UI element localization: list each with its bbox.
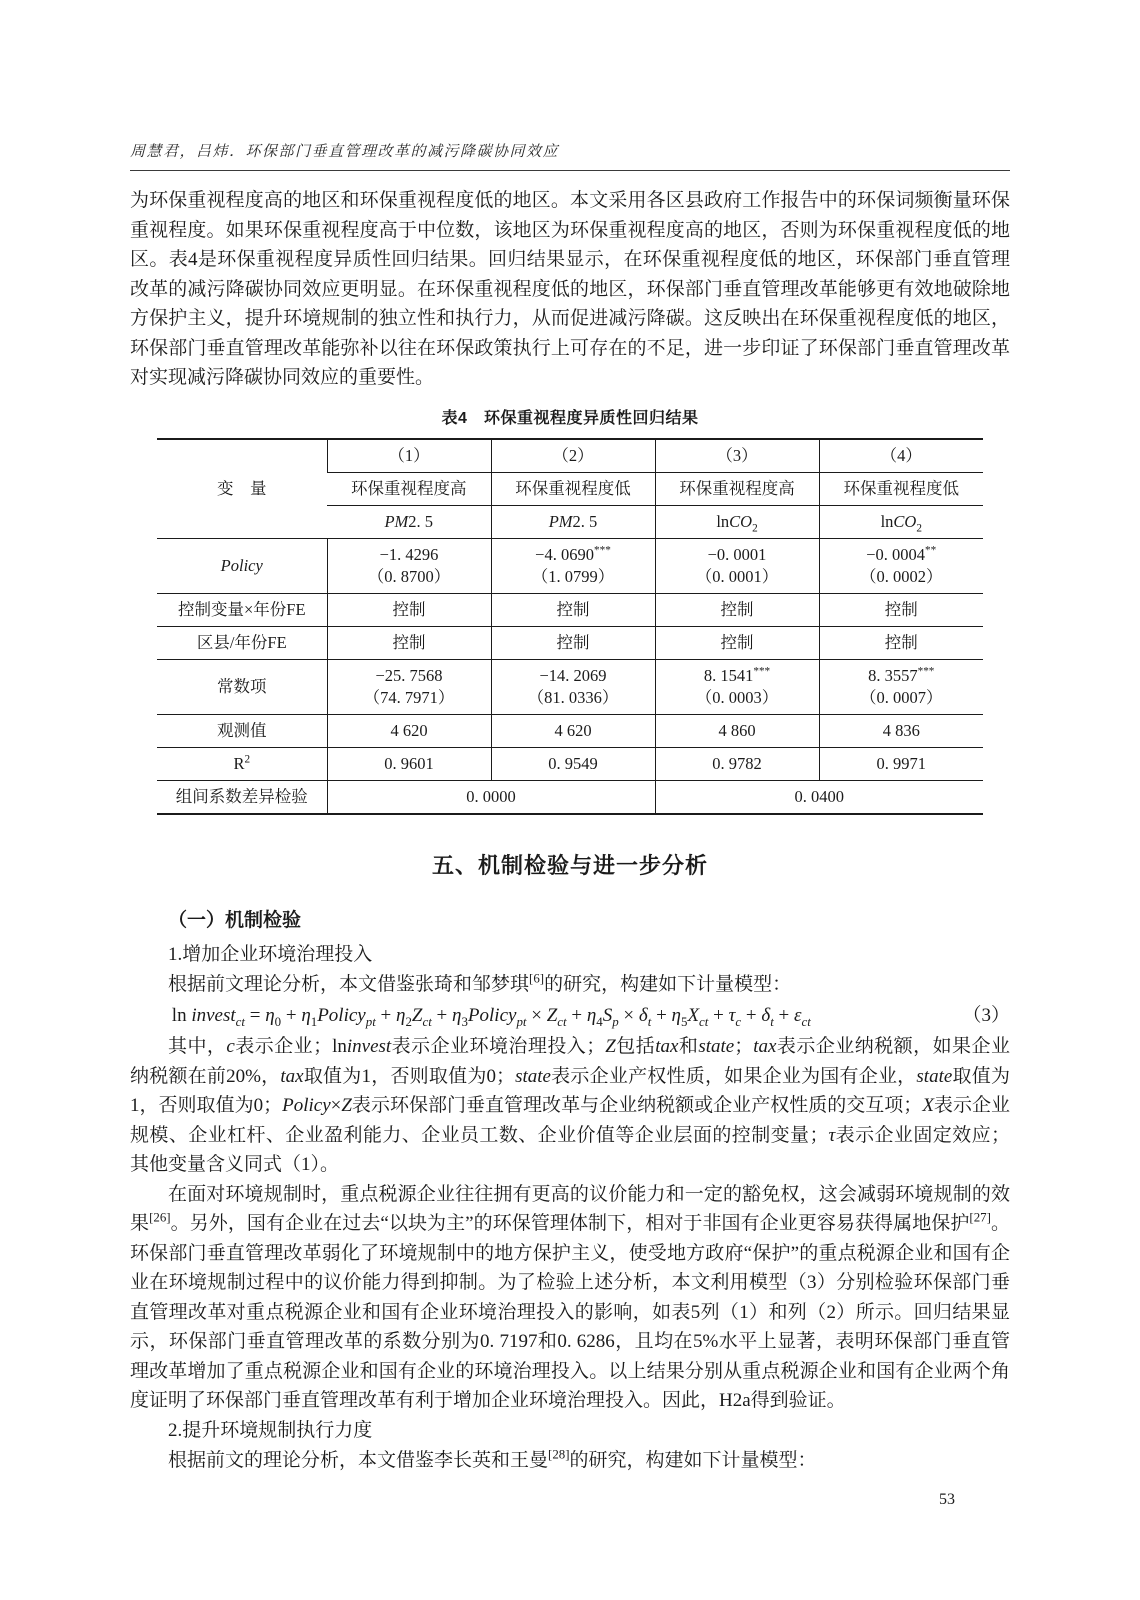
row-label-coef-diff: 组间系数差异检验 bbox=[157, 780, 327, 814]
obs-2: 4 620 bbox=[491, 714, 655, 747]
constant-cell-3: 8. 1541*** （0. 0003） bbox=[655, 659, 819, 714]
r2-4: 0. 9971 bbox=[819, 747, 983, 780]
table-header-col2: （2） bbox=[491, 439, 655, 473]
std-error: （0. 8700） bbox=[332, 566, 487, 588]
paragraph-variable-definitions: 其中，c表示企业；lninvest表示企业环境治理投入；Z包括tax和state… bbox=[130, 1032, 1010, 1180]
row-label-controls-fe: 控制变量×年份FE bbox=[157, 593, 327, 626]
estimate: −0. 0004** bbox=[824, 544, 980, 566]
obs-3: 4 860 bbox=[655, 714, 819, 747]
table-row-colnums: 变 量 （1） （2） （3） （4） bbox=[157, 439, 983, 473]
table-row-county-year-fe: 区县/年份FE 控制 控制 控制 控制 bbox=[157, 626, 983, 659]
constant-cell-1: −25. 7568 （74. 7971） bbox=[327, 659, 491, 714]
coef-diff-right: 0. 0400 bbox=[655, 780, 983, 814]
table-depvar-2: PM2. 5 bbox=[491, 505, 655, 538]
controls-fe-4: 控制 bbox=[819, 593, 983, 626]
table-group-2: 环保重视程度低 bbox=[491, 472, 655, 505]
std-error: （0. 0001） bbox=[660, 566, 815, 588]
table-group-1: 环保重视程度高 bbox=[327, 472, 491, 505]
row-label-policy: Policy bbox=[157, 538, 327, 593]
county-fe-3: 控制 bbox=[655, 626, 819, 659]
std-error: （81. 0336） bbox=[496, 687, 651, 709]
estimate: −25. 7568 bbox=[332, 665, 487, 687]
county-fe-4: 控制 bbox=[819, 626, 983, 659]
constant-cell-4: 8. 3557*** （0. 0007） bbox=[819, 659, 983, 714]
paper-page: 周慧君，吕炜．环保部门垂直管理改革的减污降碳协同效应 为环保重视程度高的地区和环… bbox=[0, 0, 1140, 1600]
table-row-observations: 观测值 4 620 4 620 4 860 4 836 bbox=[157, 714, 983, 747]
subsection-heading-1: （一）机制检验 bbox=[130, 906, 1010, 936]
table-group-3: 环保重视程度高 bbox=[655, 472, 819, 505]
page-number: 53 bbox=[130, 1491, 1010, 1509]
model2-intro: 根据前文的理论分析，本文借鉴李长英和王曼[28]的研究，构建如下计量模型： bbox=[130, 1446, 1010, 1476]
numbered-heading-1: 1.增加企业环境治理投入 bbox=[130, 940, 1010, 970]
r2-2: 0. 9549 bbox=[491, 747, 655, 780]
paragraph-continuation: 为环保重视程度高的地区和环保重视程度低的地区。本文采用各区县政府工作报告中的环保… bbox=[130, 186, 1010, 393]
county-fe-1: 控制 bbox=[327, 626, 491, 659]
policy-cell-3: −0. 0001 （0. 0001） bbox=[655, 538, 819, 593]
estimate: −0. 0001 bbox=[660, 544, 815, 566]
table-header-col1: （1） bbox=[327, 439, 491, 473]
obs-4: 4 836 bbox=[819, 714, 983, 747]
table-group-4: 环保重视程度低 bbox=[819, 472, 983, 505]
r2-1: 0. 9601 bbox=[327, 747, 491, 780]
table-row-coef-diff: 组间系数差异检验 0. 0000 0. 0400 bbox=[157, 780, 983, 814]
section-heading: 五、机制检验与进一步分析 bbox=[130, 849, 1010, 880]
table4-caption: 表4 环保重视程度异质性回归结果 bbox=[130, 405, 1010, 428]
table-row-policy: Policy −1. 4296 （0. 8700） −4. 0690*** （1… bbox=[157, 538, 983, 593]
table-row-constant: 常数项 −25. 7568 （74. 7971） −14. 2069 （81. … bbox=[157, 659, 983, 714]
numbered-heading-2: 2.提升环境规制执行力度 bbox=[130, 1416, 1010, 1446]
row-label-county-year-fe: 区县/年份FE bbox=[157, 626, 327, 659]
county-fe-2: 控制 bbox=[491, 626, 655, 659]
controls-fe-2: 控制 bbox=[491, 593, 655, 626]
controls-fe-1: 控制 bbox=[327, 593, 491, 626]
estimate: 8. 1541*** bbox=[660, 665, 815, 687]
table-header-variable: 变 量 bbox=[157, 439, 327, 539]
estimate: −1. 4296 bbox=[332, 544, 487, 566]
std-error: （1. 0799） bbox=[496, 566, 651, 588]
table-depvar-3: lnCO2 bbox=[655, 505, 819, 538]
row-label-observations: 观测值 bbox=[157, 714, 327, 747]
std-error: （74. 7971） bbox=[332, 687, 487, 709]
obs-1: 4 620 bbox=[327, 714, 491, 747]
table-row-r2: R2 0. 9601 0. 9549 0. 9782 0. 9971 bbox=[157, 747, 983, 780]
policy-cell-4: −0. 0004** （0. 0002） bbox=[819, 538, 983, 593]
controls-fe-3: 控制 bbox=[655, 593, 819, 626]
policy-cell-2: −4. 0690*** （1. 0799） bbox=[491, 538, 655, 593]
running-head: 周慧君，吕炜．环保部门垂直管理改革的减污降碳协同效应 bbox=[130, 140, 1010, 171]
r2-3: 0. 9782 bbox=[655, 747, 819, 780]
table4: 变 量 （1） （2） （3） （4） 环保重视程度高 环保重视程度低 环保重视… bbox=[157, 438, 983, 815]
policy-cell-1: −1. 4296 （0. 8700） bbox=[327, 538, 491, 593]
equation-3: ln investct = η0 + η1Policypt + η2Zct + … bbox=[130, 999, 1010, 1032]
std-error: （0. 0002） bbox=[824, 566, 980, 588]
equation-body: ln investct = η0 + η1Policypt + η2Zct + … bbox=[130, 999, 962, 1032]
std-error: （0. 0003） bbox=[660, 687, 815, 709]
table-depvar-4: lnCO2 bbox=[819, 505, 983, 538]
estimate: −14. 2069 bbox=[496, 665, 651, 687]
model1-intro: 根据前文理论分析，本文借鉴张琦和邹梦琪[6]的研究，构建如下计量模型： bbox=[130, 970, 1010, 1000]
estimate: −4. 0690*** bbox=[496, 544, 651, 566]
estimate: 8. 3557*** bbox=[824, 665, 980, 687]
paragraph-mechanism: 在面对环境规制时，重点税源企业往往拥有更高的议价能力和一定的豁免权，这会减弱环境… bbox=[130, 1180, 1010, 1416]
equation-number: （3） bbox=[962, 999, 1010, 1032]
row-label-r2: R2 bbox=[157, 747, 327, 780]
table-header-col4: （4） bbox=[819, 439, 983, 473]
coef-diff-left: 0. 0000 bbox=[327, 780, 655, 814]
std-error: （0. 0007） bbox=[824, 687, 980, 709]
row-label-constant: 常数项 bbox=[157, 659, 327, 714]
table-row-controls-fe: 控制变量×年份FE 控制 控制 控制 控制 bbox=[157, 593, 983, 626]
table-depvar-1: PM2. 5 bbox=[327, 505, 491, 538]
constant-cell-2: −14. 2069 （81. 0336） bbox=[491, 659, 655, 714]
table-header-col3: （3） bbox=[655, 439, 819, 473]
